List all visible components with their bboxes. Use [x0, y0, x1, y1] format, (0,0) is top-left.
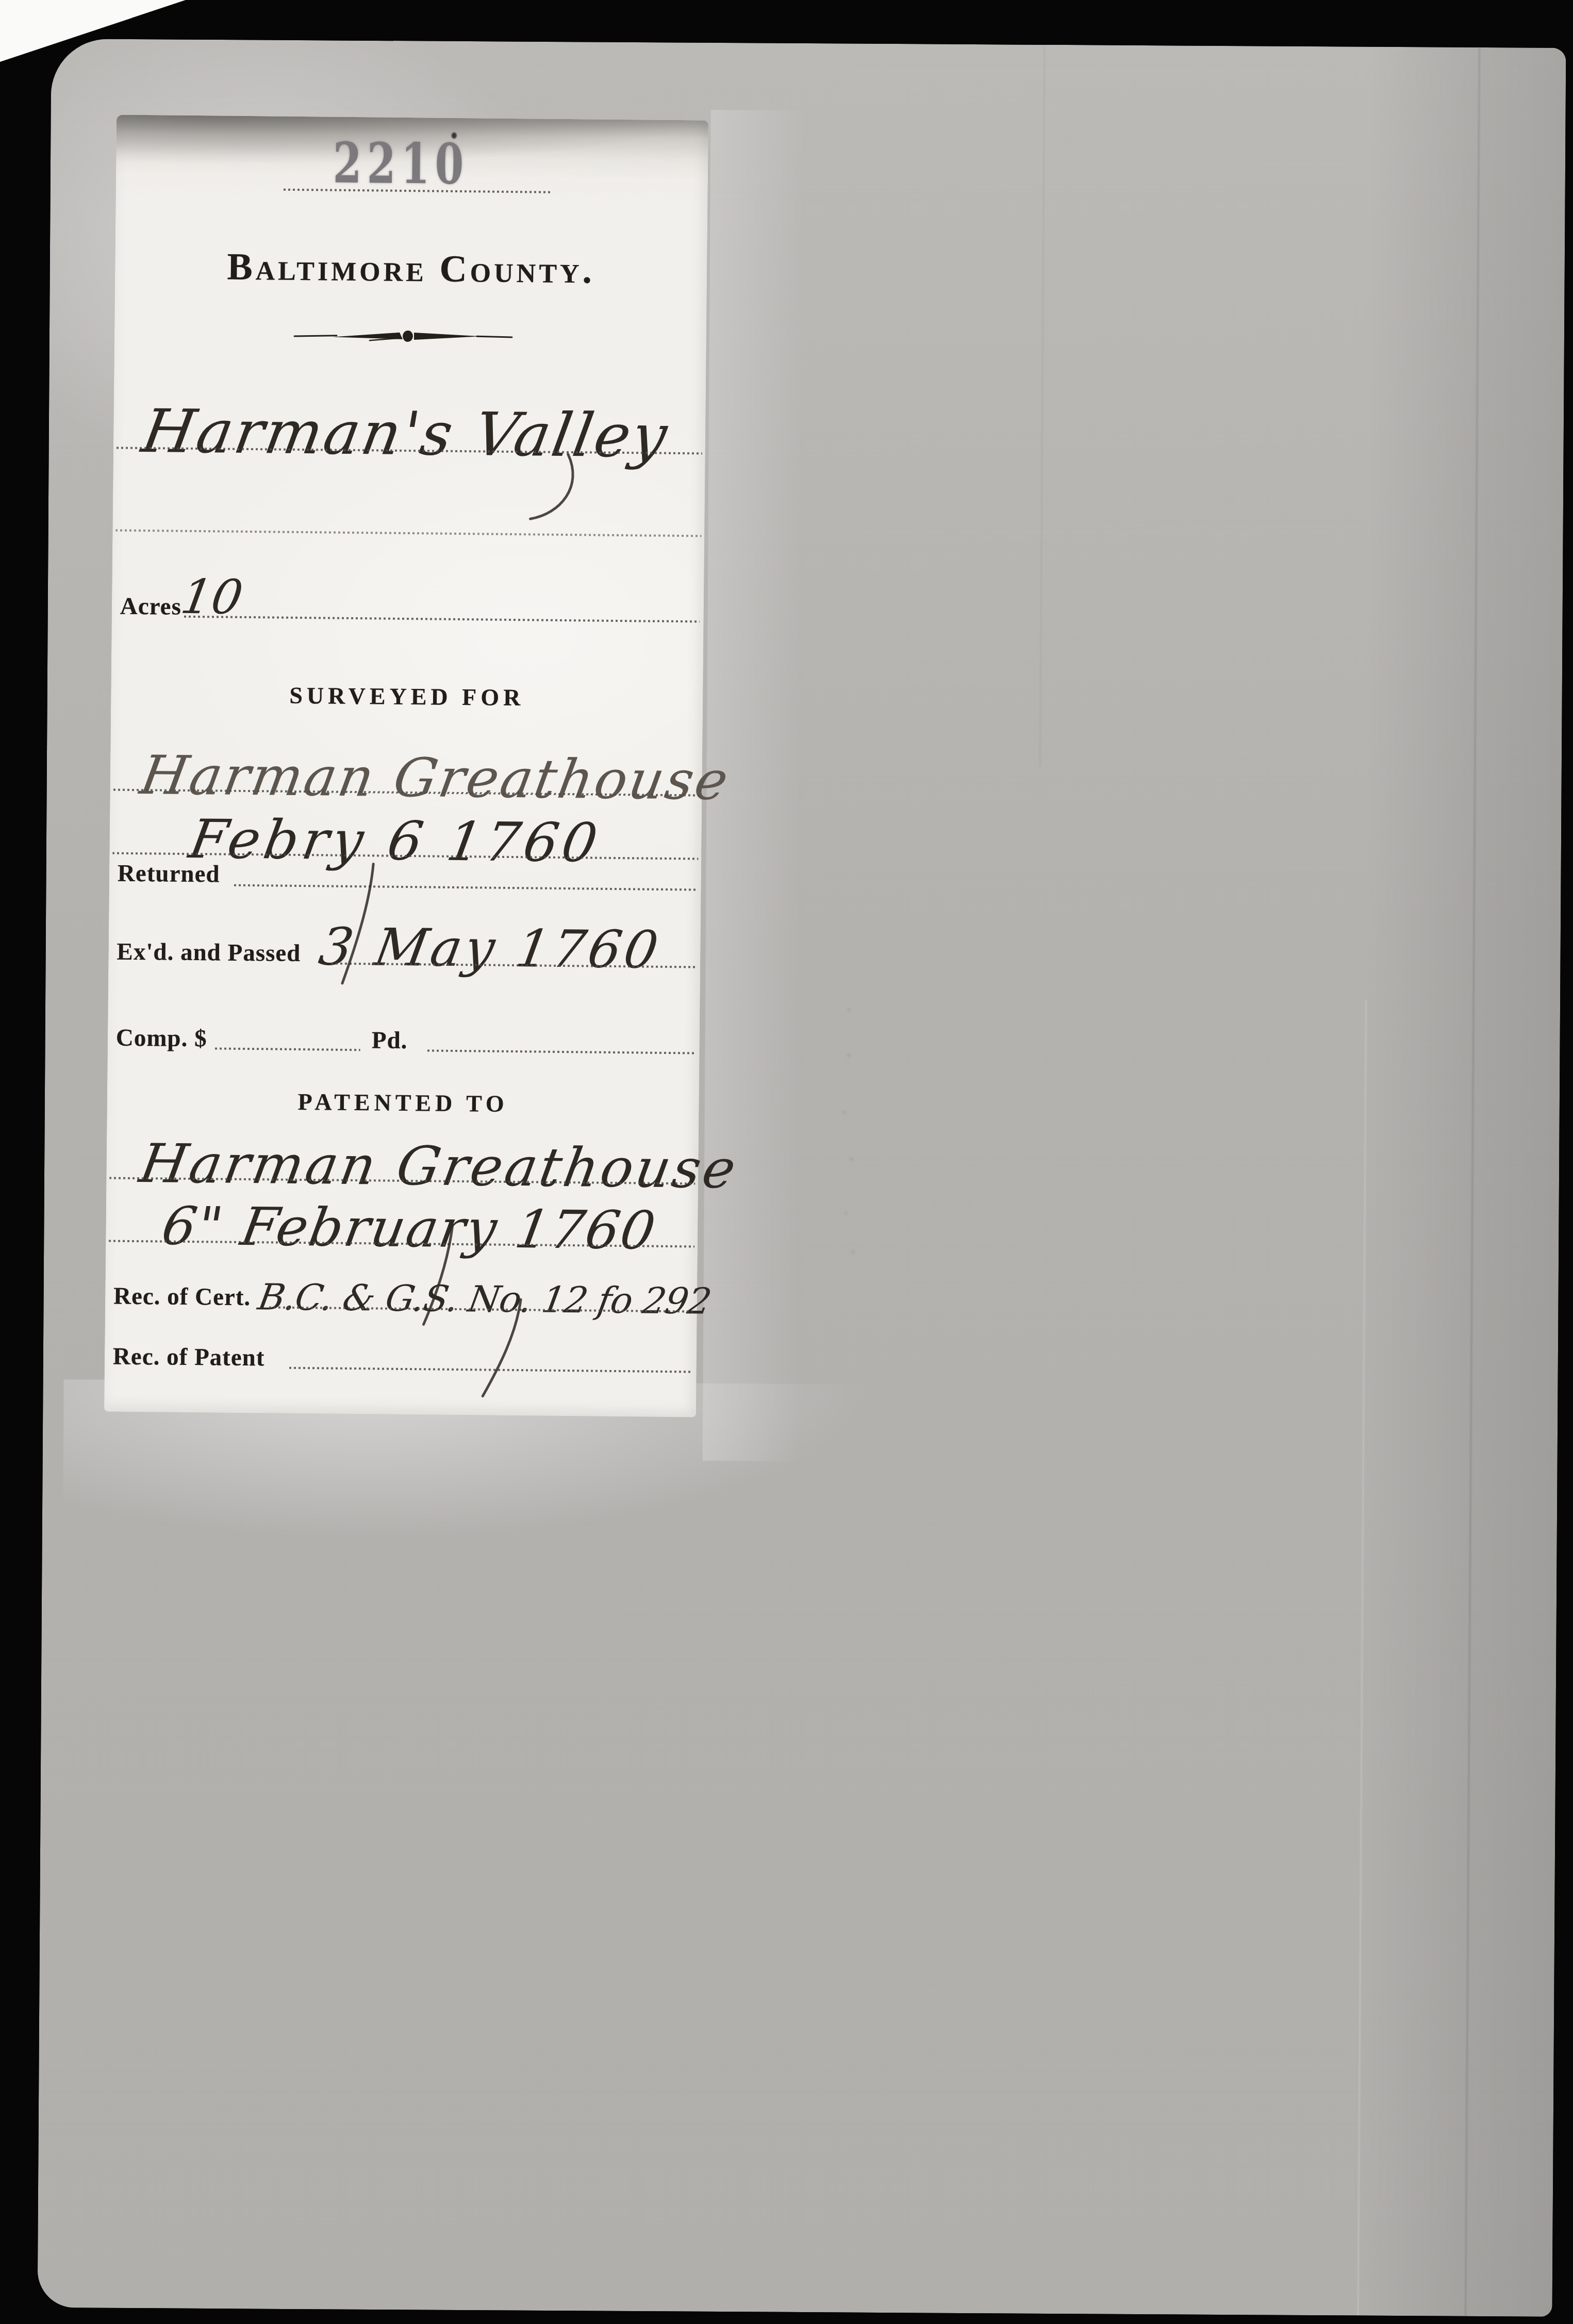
index-card: 2210 Baltimore County. Harman's Valley A… — [104, 115, 708, 1418]
rec-cert-label: Rec. of Cert. — [113, 1284, 251, 1310]
patent-date-handwriting: 6" February 1760 — [158, 1200, 660, 1258]
rec-patent-label: Rec. of Patent — [113, 1345, 265, 1371]
exd-passed-value-handwriting: 3 May 1760 — [316, 921, 665, 976]
comp-label: Comp. $ — [116, 1026, 207, 1051]
divider-ornament — [292, 327, 514, 348]
page-crease — [1039, 45, 1046, 767]
acres-label: Acres — [120, 595, 181, 619]
ink-bleedthrough-specks — [848, 1008, 851, 1011]
dotted-line — [215, 1047, 360, 1051]
surveyed-for-name-handwriting: Harman Greathouse — [137, 748, 734, 807]
record-number-stamp: 2210 — [193, 134, 632, 194]
patented-to-name-handwriting: Harman Greathouse — [136, 1136, 742, 1196]
acres-value-handwriting: 10 — [178, 573, 246, 621]
exd-passed-label: Ex'd. and Passed — [117, 940, 301, 966]
patented-to-heading: PATENTED TO — [107, 1088, 699, 1117]
county-heading: Baltimore County. — [115, 247, 707, 291]
rec-cert-value-handwriting: B.C. & G.S. No. 12 fo 292 — [256, 1279, 714, 1319]
dotted-line — [234, 884, 697, 891]
page-crease — [1357, 1000, 1367, 2316]
dotted-line — [289, 1367, 692, 1373]
pd-label: Pd. — [372, 1028, 408, 1053]
survey-date-handwriting: Febry 6 1760 — [186, 812, 605, 869]
returned-label: Returned — [118, 862, 220, 887]
page-crease — [1465, 47, 1481, 2316]
dotted-line — [184, 616, 700, 623]
scanned-land-record: 2210 Baltimore County. Harman's Valley A… — [0, 0, 1573, 2324]
surveyed-for-heading: SURVEYED FOR — [111, 682, 703, 711]
dotted-line — [427, 1049, 696, 1054]
tract-name-handwriting: Harman's Valley — [138, 402, 673, 467]
dotted-line — [115, 530, 701, 537]
